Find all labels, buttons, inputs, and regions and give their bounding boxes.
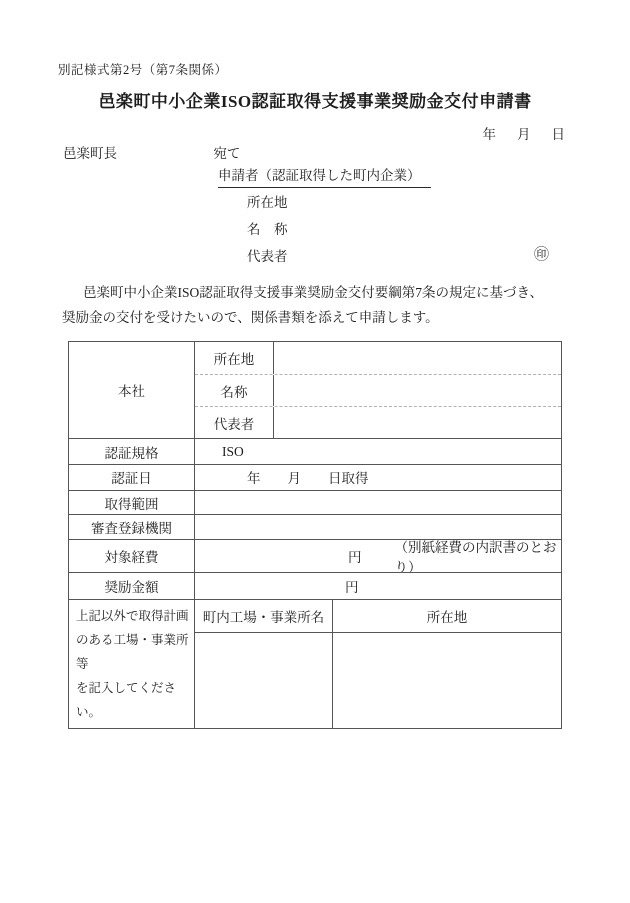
head-office-representative-label: 代表者 bbox=[195, 407, 274, 438]
scope-field[interactable] bbox=[195, 491, 561, 515]
form-number: 別記様式第2号（第7条関係） bbox=[58, 60, 228, 78]
table-row-grant-amount: 奨励金額 円 bbox=[69, 572, 561, 599]
instruction-line-3: を記入してください。 bbox=[76, 676, 192, 724]
applicant-address-label: 所在地 bbox=[247, 191, 288, 211]
addressee-name: 邑楽町長 bbox=[63, 146, 117, 161]
instruction-line-2: のある工場・事業所等 bbox=[76, 628, 192, 676]
table-row-cert-standard: 認証規格 ISO bbox=[69, 438, 561, 464]
cert-standard-field[interactable]: ISO bbox=[195, 439, 561, 464]
table-row-head-office: 本社 所在地 名称 代表者 bbox=[69, 342, 561, 438]
cert-standard-label: 認証規格 bbox=[69, 439, 195, 464]
factory-name-column-header: 町内工場・事業所名 bbox=[195, 600, 333, 632]
head-office-representative-field[interactable] bbox=[274, 407, 561, 438]
table-row: 名称 bbox=[195, 374, 561, 406]
factory-address-field[interactable] bbox=[333, 633, 561, 728]
scope-label: 取得範囲 bbox=[69, 491, 195, 515]
expenses-note: （別紙経費の内訳書のとおり） bbox=[395, 536, 562, 576]
date-day-label: 日 bbox=[552, 123, 566, 143]
application-table: 本社 所在地 名称 代表者 認証規格 ISO bbox=[68, 341, 562, 729]
date-line: 年 月 日 bbox=[483, 123, 566, 143]
expenses-unit-label: 円 bbox=[348, 546, 362, 566]
date-year-label: 年 bbox=[483, 123, 497, 143]
head-office-name-field[interactable] bbox=[274, 375, 561, 406]
expenses-field[interactable]: 円 （別紙経費の内訳書のとおり） bbox=[195, 540, 561, 572]
statement-line-1: 邑楽町中小企業ISO認証取得支援事業奨励金交付要綱第7条の規定に基づき、 bbox=[62, 280, 570, 305]
date-month-label: 月 bbox=[517, 123, 531, 143]
addressee-suffix: 宛て bbox=[213, 146, 240, 161]
statement-line-2: 奨励金の交付を受けたいので、関係書類を添えて申請します。 bbox=[62, 305, 570, 330]
addressee-line: 邑楽町長 宛て bbox=[63, 142, 240, 162]
statement-paragraph: 邑楽町中小企業ISO認証取得支援事業奨励金交付要綱第7条の規定に基づき、 奨励金… bbox=[62, 280, 570, 330]
applicant-heading: 申請者（認証取得した町内企業） bbox=[218, 164, 431, 188]
head-office-subrows: 所在地 名称 代表者 bbox=[195, 342, 561, 438]
planned-sites-header-row: 町内工場・事業所名 所在地 bbox=[195, 600, 561, 633]
grant-amount-label: 奨励金額 bbox=[69, 573, 195, 599]
head-office-label: 本社 bbox=[69, 342, 195, 438]
table-row: 代表者 bbox=[195, 406, 561, 438]
seal-mark-icon: ㊞ bbox=[534, 243, 549, 264]
table-row-scope: 取得範囲 bbox=[69, 490, 561, 515]
expenses-label: 対象経費 bbox=[69, 540, 195, 572]
head-office-address-field[interactable] bbox=[274, 342, 561, 374]
applicant-name-label: 名 称 bbox=[247, 218, 288, 238]
applicant-representative-label: 代表者 bbox=[247, 245, 288, 265]
registrar-label: 審査登録機関 bbox=[69, 515, 195, 539]
cert-date-field[interactable]: 年 月 日取得 bbox=[195, 465, 561, 489]
table-row-expenses: 対象経費 円 （別紙経費の内訳書のとおり） bbox=[69, 539, 561, 572]
table-row-cert-date: 認証日 年 月 日取得 bbox=[69, 464, 561, 489]
grant-amount-unit-label: 円 bbox=[345, 576, 359, 596]
planned-sites-columns: 町内工場・事業所名 所在地 bbox=[195, 600, 561, 728]
page-title: 邑楽町中小企業ISO認証取得支援事業奨励金交付申請書 bbox=[0, 87, 630, 112]
table-row: 所在地 bbox=[195, 342, 561, 374]
grant-amount-field[interactable]: 円 bbox=[195, 573, 561, 599]
address-column-header: 所在地 bbox=[333, 600, 561, 632]
factory-name-field[interactable] bbox=[195, 633, 333, 728]
table-row-planned-sites: 上記以外で取得計画 のある工場・事業所等 を記入してください。 町内工場・事業所… bbox=[69, 599, 561, 728]
planned-sites-entry-row bbox=[195, 633, 561, 728]
cert-date-label: 認証日 bbox=[69, 465, 195, 489]
head-office-name-label: 名称 bbox=[195, 375, 274, 406]
planned-sites-instruction: 上記以外で取得計画 のある工場・事業所等 を記入してください。 bbox=[69, 600, 195, 728]
instruction-line-1: 上記以外で取得計画 bbox=[76, 604, 192, 628]
application-form-page: 別記様式第2号（第7条関係） 邑楽町中小企業ISO認証取得支援事業奨励金交付申請… bbox=[0, 0, 630, 903]
head-office-address-label: 所在地 bbox=[195, 342, 274, 374]
